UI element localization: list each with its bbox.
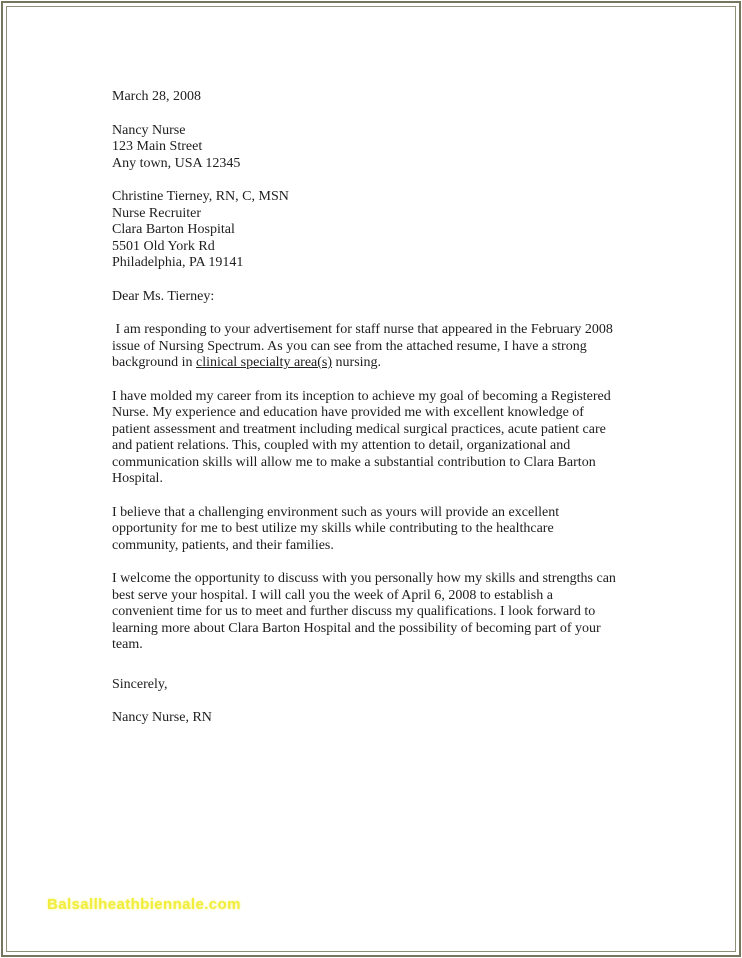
paragraph-line: Nurse. My experience and education have … bbox=[112, 405, 657, 422]
paragraph-line: and patient relations. This, coupled wit… bbox=[112, 438, 657, 455]
paragraph-line: community, patients, and their families. bbox=[112, 538, 657, 555]
watermark-text: Balsallheathbiennale.com bbox=[47, 896, 241, 913]
paragraph-line: I am responding to your advertisement fo… bbox=[112, 322, 657, 339]
address-line: Any town, USA 12345 bbox=[112, 156, 657, 173]
salutation: Dear Ms. Tierney: bbox=[112, 289, 657, 306]
letter-paragraph: I believe that a challenging environment… bbox=[112, 505, 657, 555]
paragraph-line: Hospital. bbox=[112, 471, 657, 488]
letter-paragraph: I am responding to your advertisement fo… bbox=[112, 322, 657, 372]
paragraph-line: opportunity for me to best utilize my sk… bbox=[112, 521, 657, 538]
letter-paragraph: I have molded my career from its incepti… bbox=[112, 389, 657, 488]
letter-body: March 28, 2008 Nancy Nurse123 Main Stree… bbox=[112, 89, 657, 744]
paragraph-line: I believe that a challenging environment… bbox=[112, 505, 657, 522]
recipient-address: Christine Tierney, RN, C, MSNNurse Recru… bbox=[112, 189, 657, 272]
paragraphs-container: I am responding to your advertisement fo… bbox=[112, 322, 657, 654]
paragraph-line: best serve your hospital. I will call yo… bbox=[112, 588, 657, 605]
address-line: Clara Barton Hospital bbox=[112, 222, 657, 239]
paragraph-line: patient assessment and treatment includi… bbox=[112, 422, 657, 439]
paragraph-line: background in clinical specialty area(s)… bbox=[112, 355, 657, 372]
paragraph-line: communication skills will allow me to ma… bbox=[112, 455, 657, 472]
address-line: Christine Tierney, RN, C, MSN bbox=[112, 189, 657, 206]
date-line: March 28, 2008 bbox=[112, 89, 657, 106]
address-line: Philadelphia, PA 19141 bbox=[112, 255, 657, 272]
paragraph-line: issue of Nursing Spectrum. As you can se… bbox=[112, 339, 657, 356]
closing: Sincerely, bbox=[112, 677, 657, 694]
paragraph-line: learning more about Clara Barton Hospita… bbox=[112, 621, 657, 638]
letter-page: March 28, 2008 Nancy Nurse123 Main Stree… bbox=[0, 0, 742, 958]
signature: Nancy Nurse, RN bbox=[112, 710, 657, 727]
paragraph-line: convenient time for us to meet and furth… bbox=[112, 604, 657, 621]
paragraph-line: I welcome the opportunity to discuss wit… bbox=[112, 571, 657, 588]
paragraph-line: I have molded my career from its incepti… bbox=[112, 389, 657, 406]
address-line: Nancy Nurse bbox=[112, 123, 657, 140]
address-line: 123 Main Street bbox=[112, 139, 657, 156]
paragraph-line: team. bbox=[112, 637, 657, 654]
letter-paragraph: I welcome the opportunity to discuss wit… bbox=[112, 571, 657, 654]
address-line: 5501 Old York Rd bbox=[112, 239, 657, 256]
sender-address: Nancy Nurse123 Main StreetAny town, USA … bbox=[112, 123, 657, 173]
address-line: Nurse Recruiter bbox=[112, 206, 657, 223]
